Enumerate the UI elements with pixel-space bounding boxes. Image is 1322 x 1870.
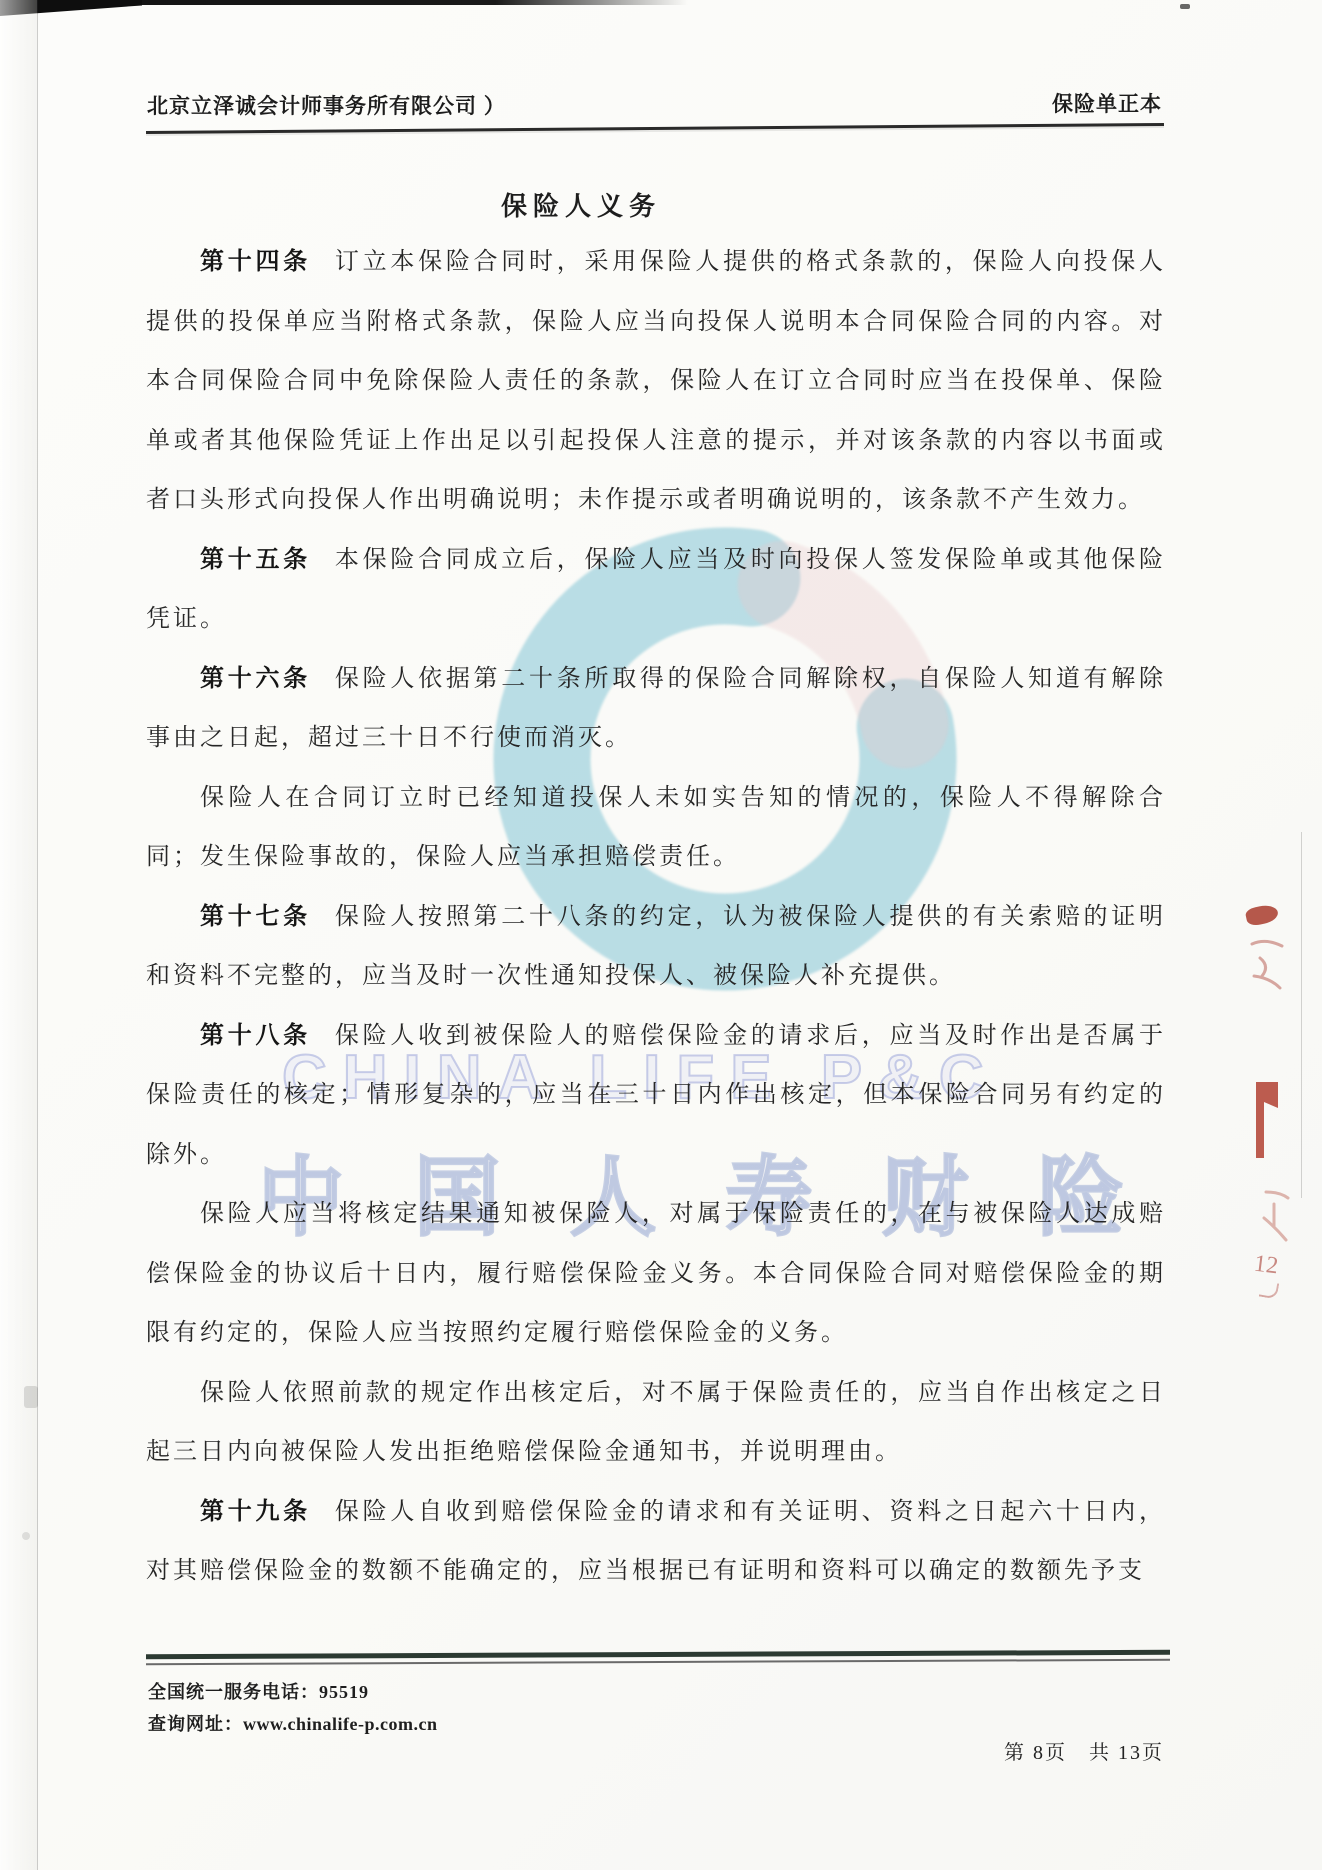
clause-paragraph-15: 第十五条本保险合同成立后，保险人应当及时向投保人签发保险单或其他保险凭证。 [146, 531, 1166, 650]
page-left-edge-shade [0, 0, 37, 1870]
clause-paragraph-18-continuation-2: 保险人依照前款的规定作出核定后，对不属于保险责任的，应当自作出核定之日起三日内向… [146, 1364, 1166, 1483]
clause-text: 订立本保险合同时，采用保险人提供的格式条款的，保险人向投保人提供的投保单应当附格… [146, 249, 1166, 513]
red-seal-fragment [1246, 936, 1290, 998]
section-title: 保险人义务 [0, 186, 1242, 223]
clause-number: 第十五条 [200, 547, 311, 573]
footer-divider-thick [146, 1650, 1170, 1659]
scanned-insurance-policy-page: 北京立泽诚会计师事务所有限公司 ） 保险单正本 CHINA LIFE P&C 中… [0, 0, 1322, 1870]
footer-divider-thin [146, 1659, 1170, 1665]
service-phone-line: 全国统一服务电话：95519 [148, 1678, 369, 1704]
clause-text: 保险人依照前款的规定作出核定后，对不属于保险责任的，应当自作出核定之日起三日内向… [146, 1380, 1166, 1466]
clause-number: 第十九条 [200, 1499, 311, 1525]
clause-text: 保险人在合同订立时已经知道投保人未如实告知的情况的，保险人不得解除合同；发生保险… [146, 785, 1166, 871]
page-number: 第 8页 共 13页 [1004, 1736, 1164, 1765]
clause-number: 第十六条 [200, 666, 311, 692]
page-right-edge-line [1301, 832, 1302, 1198]
clause-paragraph-16: 第十六条保险人依据第二十条所取得的保险合同解除权，自保险人知道有解除事由之日起，… [146, 650, 1166, 769]
scan-artifact-speck [1180, 4, 1190, 9]
website-label: 查询网址： [148, 1714, 243, 1734]
service-phone-label: 全国统一服务电话： [148, 1682, 319, 1702]
clause-paragraph-17: 第十七条保险人按照第二十八条的约定，认为被保险人提供的有关索赔的证明和资料不完整… [146, 888, 1166, 1007]
page-left-edge-line [37, 0, 38, 1870]
policy-clauses-body: 第十四条订立本保险合同时，采用保险人提供的格式条款的，保险人向投保人提供的投保单… [146, 233, 1166, 1602]
clause-paragraph-18: 第十八条保险人收到被保险人的赔偿保险金的请求后，应当及时作出是否属于保险责任的核… [146, 1007, 1166, 1186]
scan-artifact-smudge [24, 1386, 38, 1408]
policy-copy-type-header: 保险单正本 [1052, 88, 1162, 118]
clause-text: 保险人应当将核定结果通知被保险人，对属于保险责任的，在与被保险人达成赔偿保险金的… [146, 1201, 1166, 1346]
clause-paragraph-16-continuation: 保险人在合同订立时已经知道投保人未如实告知的情况的，保险人不得解除合同；发生保险… [146, 769, 1166, 888]
red-seal-number-fragment: 12 [1252, 1251, 1279, 1281]
clause-paragraph-18-continuation-1: 保险人应当将核定结果通知被保险人，对属于保险责任的，在与被保险人达成赔偿保险金的… [146, 1185, 1166, 1364]
clause-paragraph-14: 第十四条订立本保险合同时，采用保险人提供的格式条款的，保险人向投保人提供的投保单… [146, 233, 1166, 531]
clause-number: 第十七条 [200, 904, 311, 930]
clause-number: 第十四条 [200, 249, 311, 275]
red-seal-fragment [1259, 1281, 1280, 1300]
service-phone-number: 95519 [319, 1682, 369, 1702]
clause-number: 第十八条 [200, 1023, 311, 1049]
scan-artifact-smudge [22, 1532, 30, 1540]
clause-paragraph-19: 第十九条保险人自收到赔偿保险金的请求和有关证明、资料之日起六十日内，对其赔偿保险… [146, 1483, 1166, 1602]
website-url: www.chinalife-p.com.cn [243, 1714, 438, 1734]
red-seal-fragment [1244, 903, 1279, 927]
red-seal-fragment [1258, 1186, 1292, 1248]
red-seal-fragment [1252, 1080, 1282, 1164]
policyholder-name-header: 北京立泽诚会计师事务所有限公司 ） [147, 90, 506, 120]
website-line: 查询网址：www.chinalife-p.com.cn [148, 1710, 438, 1736]
header-divider-line [146, 123, 1164, 133]
